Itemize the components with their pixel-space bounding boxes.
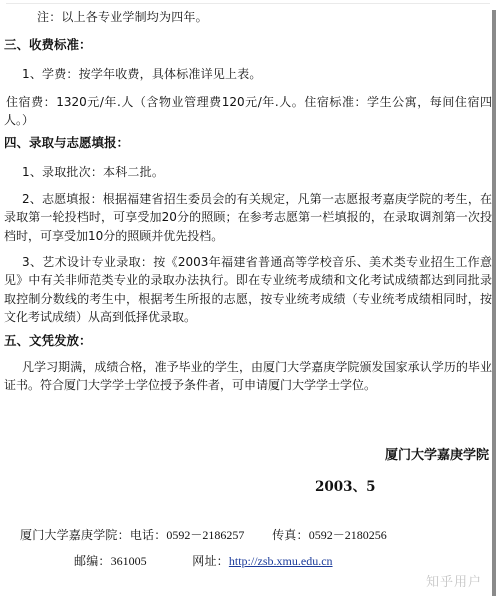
fax-label: 传真： <box>272 528 309 542</box>
admission-batch: 1、录取批次：本科二批。 <box>22 163 164 181</box>
scrollbar[interactable] <box>492 10 496 596</box>
zip-code: 361005 <box>111 554 147 568</box>
section-3-heading: 三、收费标准： <box>4 36 92 54</box>
tuition-item: 1、学费：按学年收费，具体标准详见上表。 <box>22 65 262 83</box>
dorm-fee: 住宿费：1320元/年.人（含物业管理费120元/年.人。住宿标准：学生公寓，每… <box>4 93 492 130</box>
phone-label: 电话： <box>130 528 167 542</box>
section-5-heading: 五、文凭发放： <box>4 332 92 350</box>
website-link[interactable]: http://zsb.xmu.edu.cn <box>229 554 333 568</box>
art-design-admission: 3、艺术设计专业录取：按《2003年福建省普通高等学校音乐、美术类专业招生工作意… <box>4 253 492 326</box>
note: 注：以上各专业学制均为四年。 <box>37 8 208 26</box>
signature-org: 厦门大学嘉庚学院 <box>385 447 489 465</box>
zhihu-watermark: 知乎用户 <box>426 571 482 590</box>
contact-line: 厦门大学嘉庚学院：电话：0592－2186257 传真：0592－2180256 <box>20 526 387 544</box>
top-border <box>6 3 490 4</box>
zip-label: 邮编： <box>74 554 111 568</box>
section-4-heading: 四、录取与志愿填报： <box>4 134 129 152</box>
fax-number: 0592－2180256 <box>309 528 387 542</box>
signature-date: 2003、5 <box>315 478 375 496</box>
phone-number: 0592－2186257 <box>166 528 244 542</box>
contact-line-2: 邮编：361005 网址：http://zsb.xmu.edu.cn <box>74 552 333 570</box>
web-label: 网址： <box>192 554 229 568</box>
contact-org-label: 厦门大学嘉庚学院： <box>20 528 130 542</box>
diploma-issuance: 凡学习期满，成绩合格，准予毕业的学生，由厦门大学嘉庚学院颁发国家承认学历的毕业证… <box>4 358 492 395</box>
preference-filling: 2、志愿填报：根据福建省招生委员会的有关规定，凡第一志愿报考嘉庚学院的考生，在录… <box>4 190 492 245</box>
